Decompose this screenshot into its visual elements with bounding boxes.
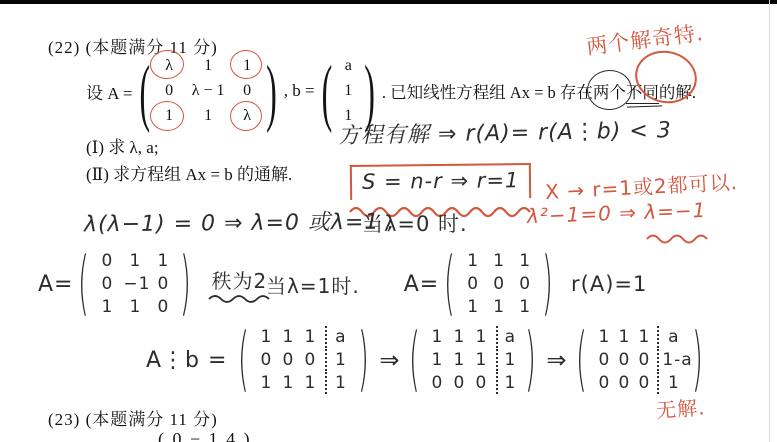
right-paren: ) (357, 325, 371, 395)
matrix-cell: 0 (150, 296, 176, 318)
hw-augmented-row: A⋮b = ( 111a00011111 ) ⇒ ( 111a11110001 … (146, 326, 705, 394)
part-two-question: (Ⅱ) 求方程组 Ax = b 的通解. (86, 160, 292, 185)
matrix-cell: 1 (325, 372, 354, 394)
matrix-cell: λ (232, 104, 262, 128)
matrix-A-lambda1: ( 111000111 ) (443, 250, 555, 318)
left-paren: ( (77, 249, 91, 319)
question-23-header: (23) (本题满分 11 分) (48, 405, 218, 430)
hw-rankA-label: r(A)=1 (571, 272, 647, 296)
matrix-cell: 1 (254, 372, 278, 394)
left-paren: ( (575, 325, 589, 395)
hw-A1-prefix: A= (404, 272, 439, 297)
hw-case-lambda0-label: 当λ=0 时. (362, 208, 468, 238)
hw-A0-prefix: A= (38, 272, 73, 297)
setup-text-solutions: 的解. (659, 83, 696, 102)
matrix-cell: 1 (336, 79, 360, 103)
setup-text-two: 两个 (593, 83, 626, 102)
setup-prefix: 设 A = (86, 79, 132, 104)
matrix-cell: 1 (254, 326, 278, 348)
matrix-augmented-2: ( 111a11110001 ) (408, 326, 538, 394)
part-one-question: (Ⅰ) 求 λ, a; (86, 133, 159, 158)
matrix-cell: 1 (447, 349, 471, 371)
matrix-cell: 1 (184, 104, 232, 128)
left-paren: ( (408, 325, 422, 395)
matrix-cell: λ (154, 54, 184, 78)
matrix-augmented-3: ( 111a0001-a0001 ) (575, 326, 705, 394)
matrix-augmented-1: ( 111a00011111 ) (237, 326, 371, 394)
matrix-cell: 0 (460, 273, 486, 295)
matrix-cell: 1 (512, 250, 538, 272)
matrix-cell: 0 (512, 273, 538, 295)
matrix-A-grid: λ110λ − 1011λ (154, 54, 262, 128)
matrix-cell: λ − 1 (184, 79, 232, 103)
left-paren: ( (237, 325, 251, 395)
matrix-cell: 0 (94, 273, 120, 295)
red-wavy-underline-small (645, 233, 717, 244)
right-paren: ) (179, 249, 193, 319)
matrix-cell: 1 (425, 326, 449, 348)
matrix-cell: 1 (425, 349, 449, 371)
matrix-cell: 1 (657, 372, 688, 394)
hw-red-box-formula: S = n-r ⇒ r=1 (362, 168, 520, 194)
matrix-cell: 1 (154, 104, 184, 128)
right-paren: ) (691, 325, 705, 395)
matrix-cell: 1 (512, 296, 538, 318)
matrix-cell: 1 (276, 372, 300, 394)
matrix-cell: 1 (184, 54, 232, 78)
matrix-cell: 1-a (657, 349, 688, 371)
vector-b: ( a11 ) (321, 54, 376, 128)
matrix-cell: 1 (298, 372, 322, 394)
matrix-cell: 1 (298, 326, 322, 348)
matrix-cell: 0 (632, 349, 656, 371)
matrix-cell: a (325, 326, 354, 348)
hw-rank2-label: 秩为2 (211, 265, 267, 294)
exam-sheet-page: (22) (本题满分 11 分) 两个解奇特. 设 A = ( λ110λ − … (0, 0, 777, 442)
matrix-cell: 0 (298, 349, 322, 371)
left-paren: ( (443, 249, 457, 319)
matrix-cell: 0 (632, 372, 656, 394)
matrix-cell: a (657, 326, 688, 348)
phrase-the-solutions: 的解. (659, 79, 696, 103)
matrix-cell: 1 (120, 250, 150, 272)
left-paren: ( (138, 53, 151, 128)
matrix-Ab1-grid: 111a00011111 (254, 326, 354, 394)
hw-red-box: S = n-r ⇒ r=1 (350, 164, 531, 199)
matrix-cell: 1 (232, 54, 262, 78)
hw-solvability-line: 方程有解 ⇒ r(A)= r(A⋮b) < 3 (338, 113, 672, 150)
matrix-cell: 1 (469, 349, 493, 371)
matrix-cell: 0 (254, 349, 278, 371)
setup-text-different: 不同 (626, 83, 659, 102)
top-black-bar (0, 0, 777, 4)
vector-b-grid: a11 (336, 54, 360, 128)
hw-case1-row: 当λ=1时. A= ( 111000111 ) r(A)=1 (266, 250, 647, 318)
right-paren: ) (265, 53, 278, 128)
matrix-Ab3-grid: 111a0001-a0001 (592, 326, 688, 394)
matrix-cell: 0 (232, 79, 262, 103)
implies-arrow: ⇒ (379, 346, 400, 374)
implies-arrow: ⇒ (546, 346, 567, 374)
hand-underline-second (627, 105, 662, 107)
black-wavy-underline (207, 294, 271, 304)
matrix-cell: 1 (496, 349, 522, 371)
red-note-no-solution: 无解. (655, 391, 706, 423)
right-paren: ) (524, 325, 538, 395)
matrix-cell: 1 (150, 250, 176, 272)
matrix-A1-grid: 111000111 (460, 250, 538, 318)
matrix-cell: 0 (154, 79, 184, 103)
matrix-cell: 1 (469, 326, 493, 348)
hw-rank2-block: 秩为2 (207, 265, 271, 304)
matrix-cell: 1 (276, 326, 300, 348)
matrix-cell: a (336, 54, 360, 78)
matrix-cell: 1 (486, 296, 512, 318)
matrix-A-lambda0: ( 0110−10110 ) (77, 250, 193, 318)
matrix-cell: 1 (120, 296, 150, 318)
matrix-cell: 1 (632, 326, 656, 348)
matrix-cell: 0 (150, 273, 176, 295)
matrix-cell: 1 (460, 250, 486, 272)
matrix-cell: 0 (469, 372, 493, 394)
matrix-A: ( λ110λ − 1011λ ) (138, 54, 277, 128)
question-23-partial-matrix-row: ( 0 − 1 4 ) (158, 429, 252, 442)
matrix-cell: a (496, 326, 522, 348)
red-note-lambda-squared: λ²−1=0 ⇒ λ=−1 (527, 198, 707, 228)
setup-text: . 已知线性方程组 Ax = b 存在 (382, 79, 593, 103)
phrase-different: 不同 (626, 79, 659, 104)
matrix-Ab2-grid: 111a11110001 (425, 326, 521, 394)
matrix-cell: 0 (94, 250, 120, 272)
matrix-cell: −1 (120, 273, 150, 295)
matrix-cell: 0 (276, 349, 300, 371)
matrix-cell: 1 (486, 250, 512, 272)
matrix-cell: 0 (447, 372, 471, 394)
matrix-cell: 1 (447, 326, 471, 348)
matrix-cell: 1 (94, 296, 120, 318)
matrix-cell: 1 (496, 372, 522, 394)
hw-case0-row: A= ( 0110−10110 ) 秩为2 (38, 250, 271, 318)
left-paren: ( (321, 53, 334, 128)
matrix-cell: 0 (425, 372, 449, 394)
right-paren: ) (541, 249, 555, 319)
b-intro: , b = (284, 81, 315, 101)
hw-augmented-prefix: A⋮b = (146, 348, 227, 373)
matrix-A0-grid: 0110−10110 (94, 250, 176, 318)
matrix-cell: 1 (325, 349, 354, 371)
matrix-cell: 0 (486, 273, 512, 295)
page-edge-line (769, 0, 770, 442)
hw-lambda-roots-line: λ(λ−1) = 0 ⇒ λ=0 或λ=1 , (84, 205, 396, 239)
hw-case-lambda1-label: 当λ=1时. (266, 270, 360, 299)
matrix-cell: 1 (460, 296, 486, 318)
phrase-two-solutions: 两个 (593, 79, 626, 103)
